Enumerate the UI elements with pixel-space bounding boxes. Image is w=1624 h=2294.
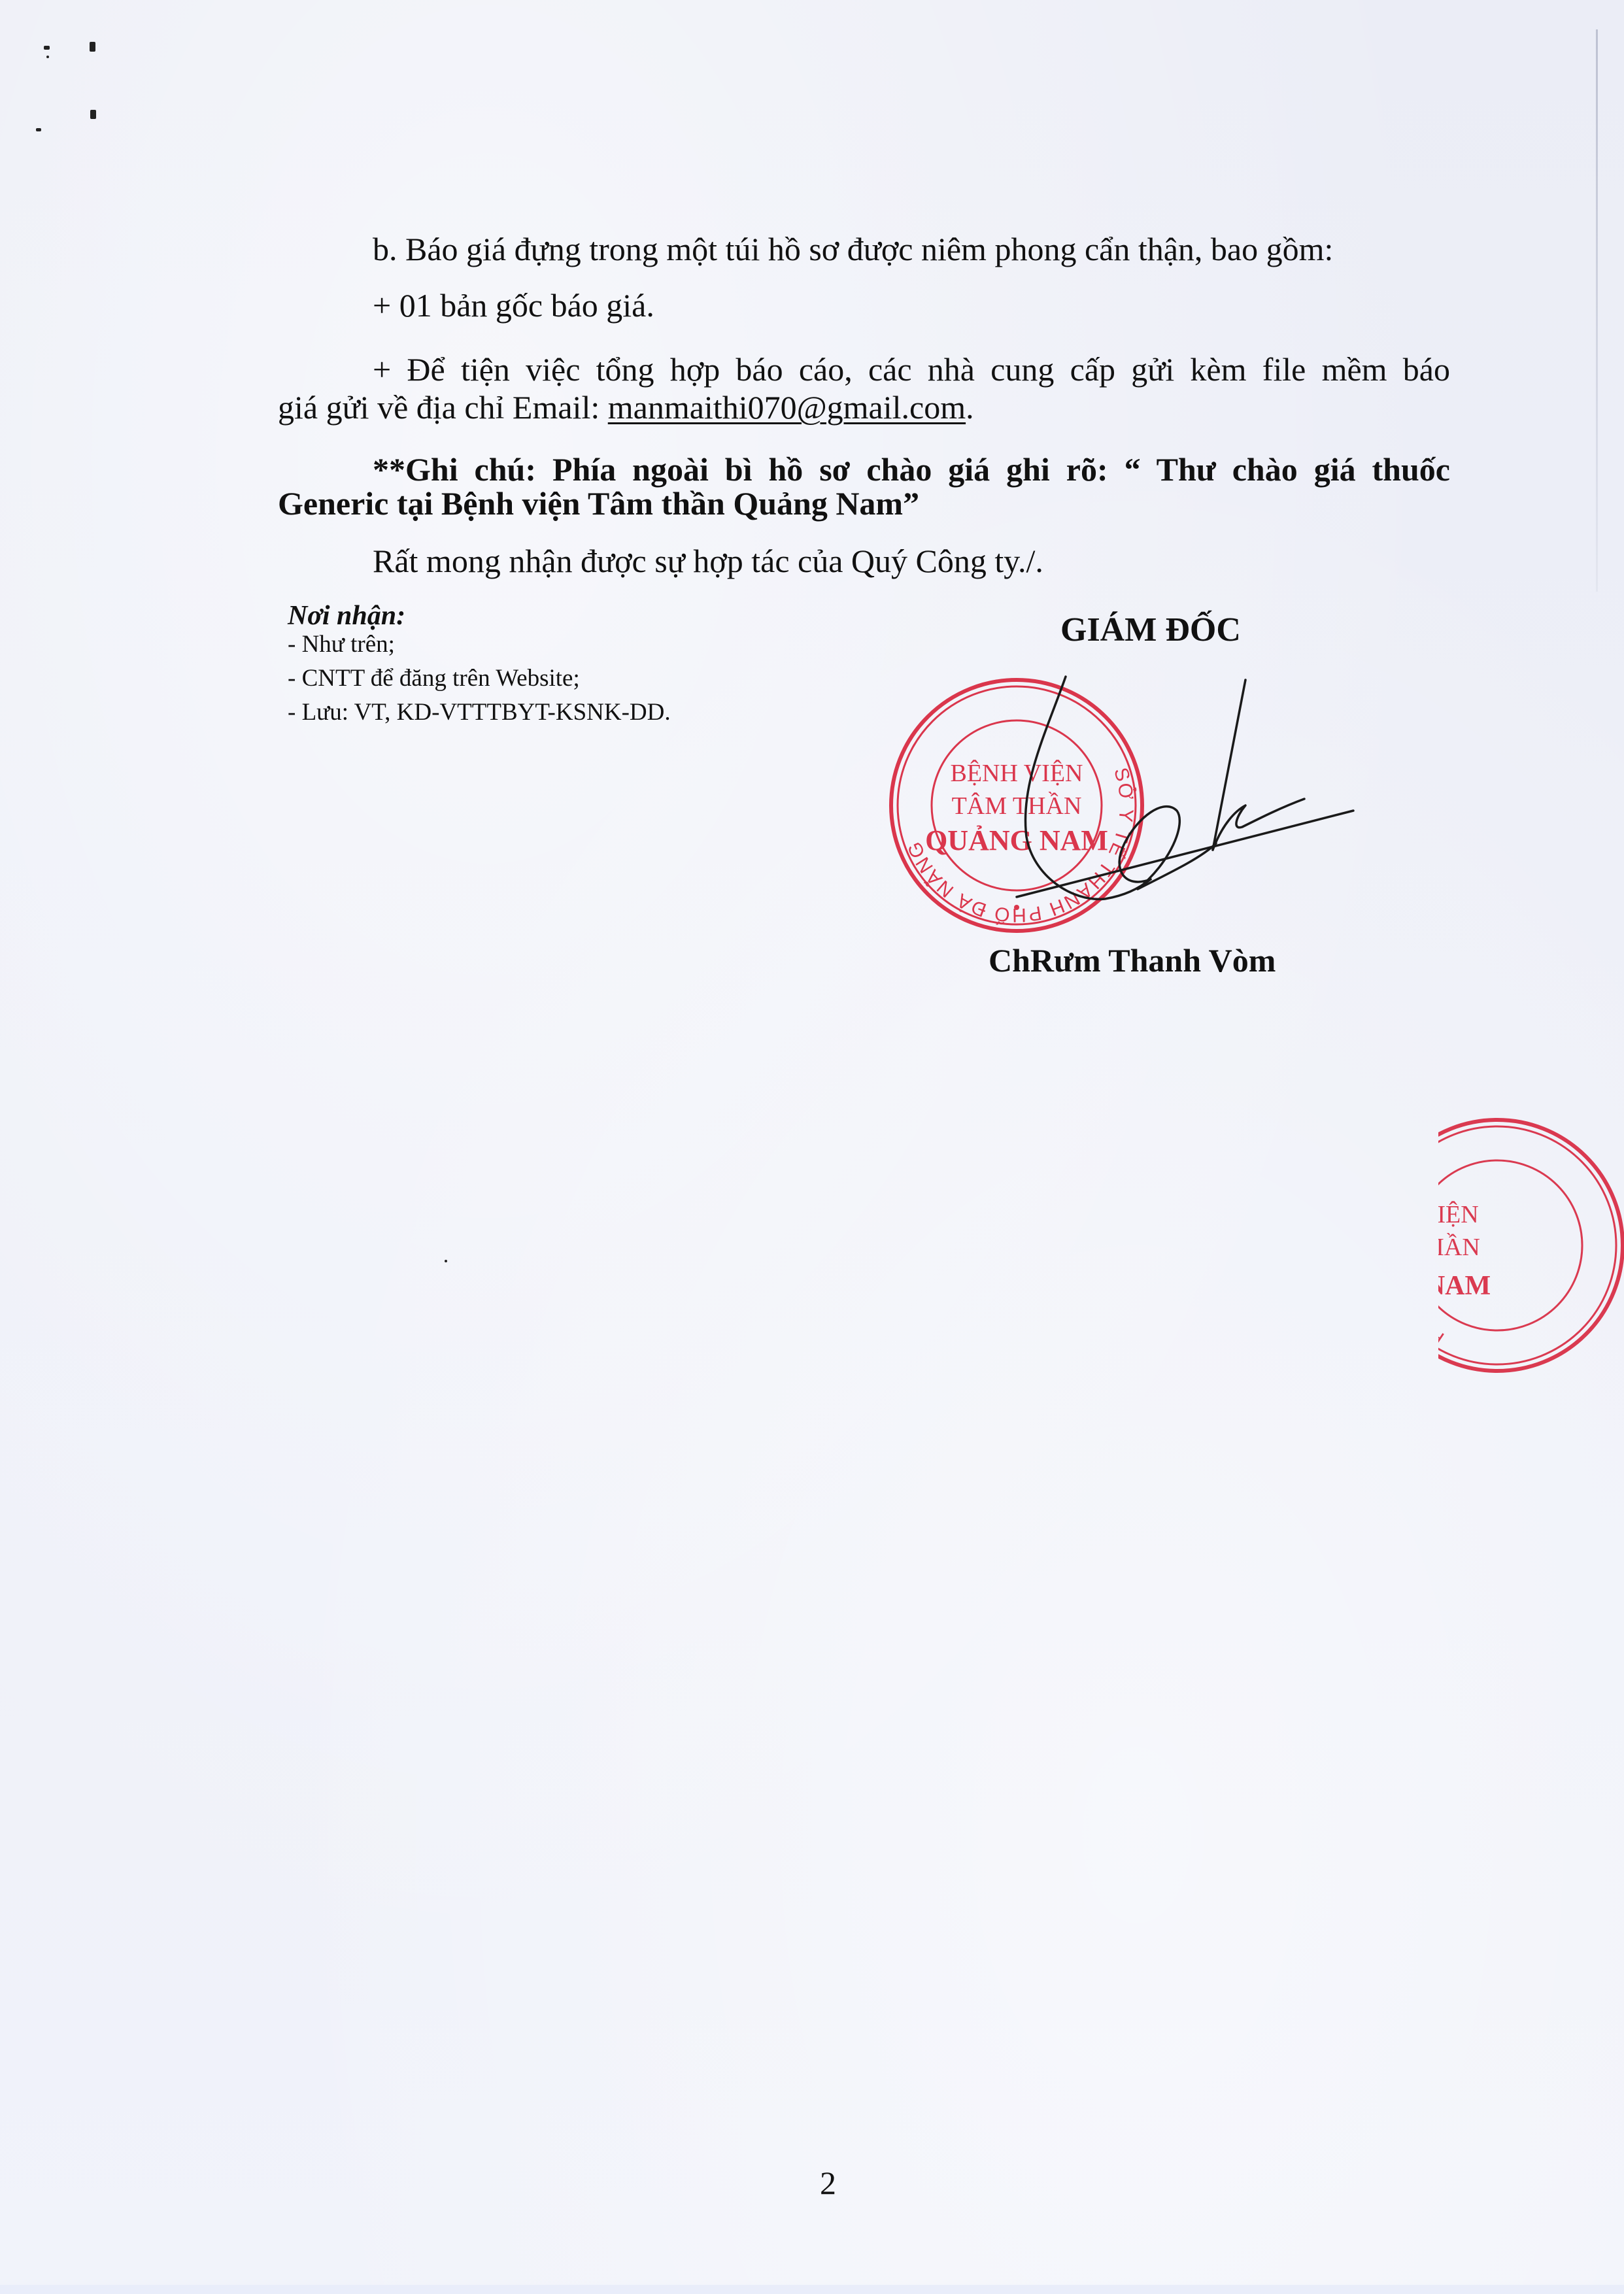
page-number: 2 bbox=[820, 2164, 836, 2202]
partial-stamp: PHỐ ĐÀ NẴNG IỆN IẦN NAM bbox=[1333, 1120, 1623, 1371]
partial-stamp-line-1: IỆN bbox=[1437, 1201, 1478, 1228]
partial-stamp-line-2: IẦN bbox=[1436, 1233, 1480, 1261]
director-signature bbox=[1017, 677, 1353, 899]
stamp-line-1: BỆNH VIỆN bbox=[950, 760, 1083, 787]
stamps-and-signature: SỞ Y TẾ THÀNH PHỐ ĐÀ NẴNG BỆNH VIỆN TÂM … bbox=[0, 0, 1624, 2294]
stamp-star-icon bbox=[1014, 905, 1019, 910]
document-page: b. Báo giá đựng trong một túi hồ sơ được… bbox=[0, 0, 1624, 2294]
partial-stamp-line-3: NAM bbox=[1425, 1271, 1491, 1301]
stamp-line-2: TÂM THẦN bbox=[952, 792, 1082, 820]
stamp-line-3: QUẢNG NAM bbox=[925, 824, 1108, 856]
hospital-stamp: SỞ Y TẾ THÀNH PHỐ ĐÀ NẴNG BỆNH VIỆN TÂM … bbox=[891, 680, 1171, 960]
signer-name: ChRưm Thanh Vòm bbox=[989, 941, 1276, 979]
